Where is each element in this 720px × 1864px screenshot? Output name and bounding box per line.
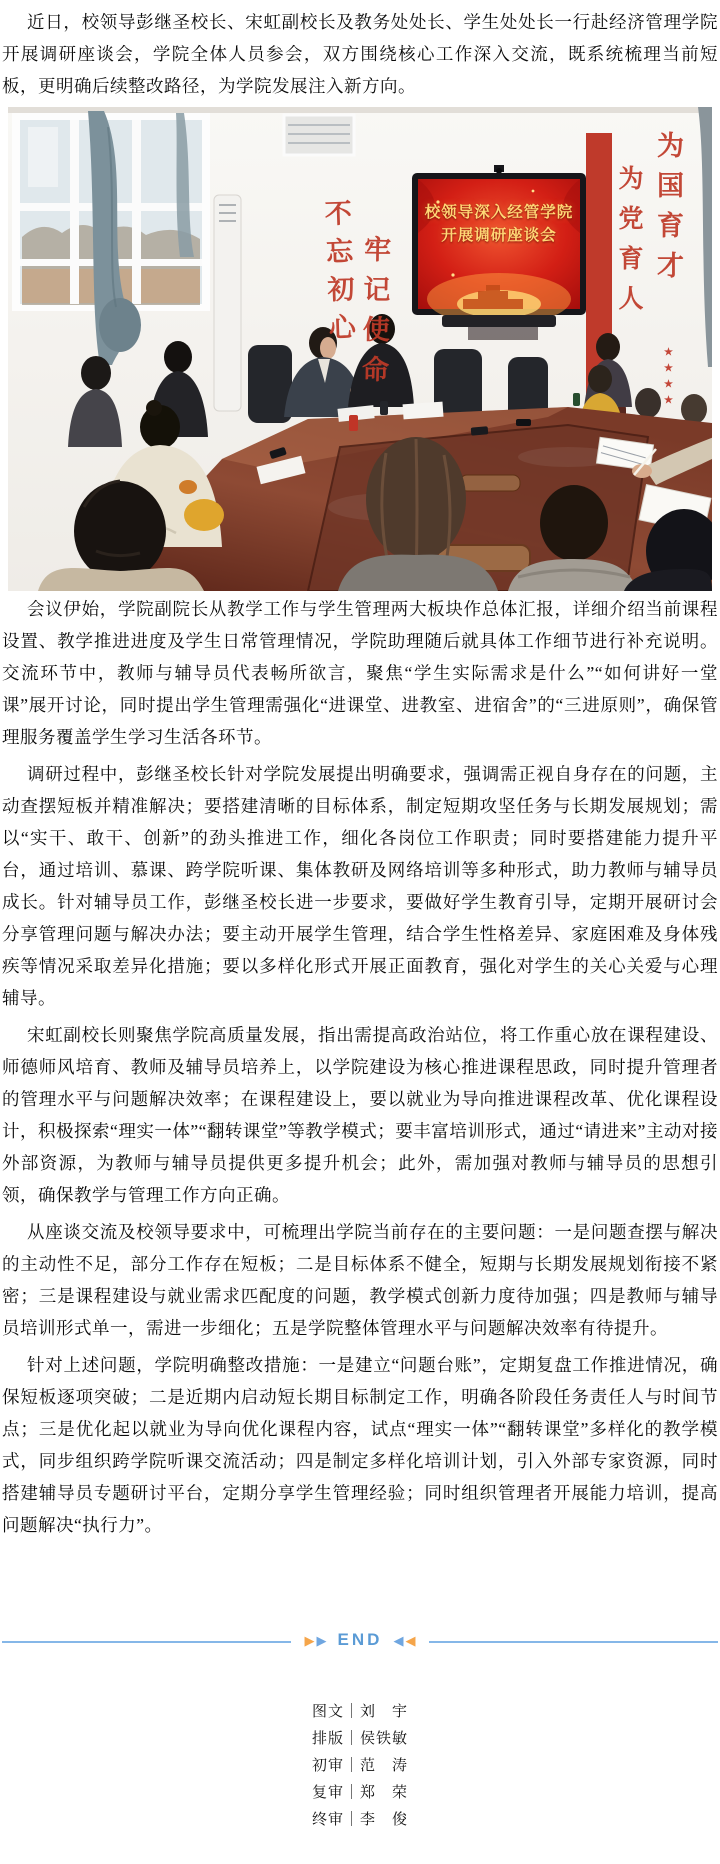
wall-slogan-buwangchuxin: 不忘初心: [321, 199, 353, 352]
paragraph-2: 会议伊始，学院副院长从教学工作与学生管理两大板块作总体汇报，详细介绍当前课程设置…: [2, 593, 718, 753]
screen-title: 校领导深入经管学院 开展调研座谈会: [416, 201, 582, 247]
credit-line-first-review: 初审｜范 涛: [2, 1753, 718, 1780]
screen-title-line2: 开展调研座谈会: [416, 224, 582, 247]
end-arrow-left-icon: ◀: [405, 1634, 415, 1647]
credit-line-final-review: 终审｜李 俊: [2, 1807, 718, 1834]
ceiling-strip: [8, 107, 712, 113]
wall-slogan-laojishiming: 牢记使命: [359, 235, 389, 395]
end-divider: ▶ ▶ END ◀ ◀: [2, 1627, 718, 1657]
paragraph-3: 调研过程中，彭继圣校长针对学院发展提出明确要求，强调需正视自身存在的问题，主动查…: [2, 758, 718, 1014]
paragraph-5: 从座谈交流及校领导要求中，可梳理出学院当前存在的主要问题：一是问题查摆与解决的主…: [2, 1216, 718, 1344]
wall-slogan-weidangyuren: 为党育人: [616, 165, 641, 325]
vent-grille: [284, 115, 354, 155]
end-arrow-left-icon: ◀: [393, 1634, 403, 1647]
screen-title-line1: 校领导深入经管学院: [416, 201, 582, 224]
end-arrow-right-icon: ▶: [317, 1634, 327, 1647]
credit-line-photo-text: 图文｜刘 宇: [2, 1699, 718, 1726]
wall-slogan-weiguoyucai: 为国育才: [654, 131, 681, 291]
paragraph-1: 近日，校领导彭继圣校长、宋虹副校长及教务处处长、学生处处长一行赴经济管理学院开展…: [2, 6, 718, 102]
paragraph-6: 针对上述问题，学院明确整改措施：一是建立“问题台账”，定期复盘工作推进情况，确保…: [2, 1349, 718, 1541]
wall-stars-decoration: ★★★★: [663, 347, 673, 411]
meeting-photo: 不忘初心 牢记使命 为党育人 为国育才 ★★★★ 校领导深入经管学院 开展调研座…: [8, 107, 712, 591]
credit-line-second-review: 复审｜郑 荣: [2, 1780, 718, 1807]
credit-line-layout: 排版｜侯铁敏: [2, 1726, 718, 1753]
end-text: END: [338, 1630, 383, 1650]
paragraph-4: 宋虹副校长则聚焦学院高质量发展，指出需提高政治站位，将工作重心放在课程建设、师德…: [2, 1019, 718, 1211]
end-arrow-right-icon: ▶: [305, 1634, 315, 1647]
tv-screen: [412, 165, 586, 340]
credits: 图文｜刘 宇 排版｜侯铁敏 初审｜范 涛 复审｜郑 荣 终审｜李 俊: [2, 1699, 718, 1834]
air-conditioner: [214, 195, 241, 411]
article-page: 近日，校领导彭继圣校长、宋虹副校长及教务处处长、学生处处长一行赴经济管理学院开展…: [0, 0, 720, 1864]
end-label: ▶ ▶ END ◀ ◀: [291, 1627, 430, 1653]
